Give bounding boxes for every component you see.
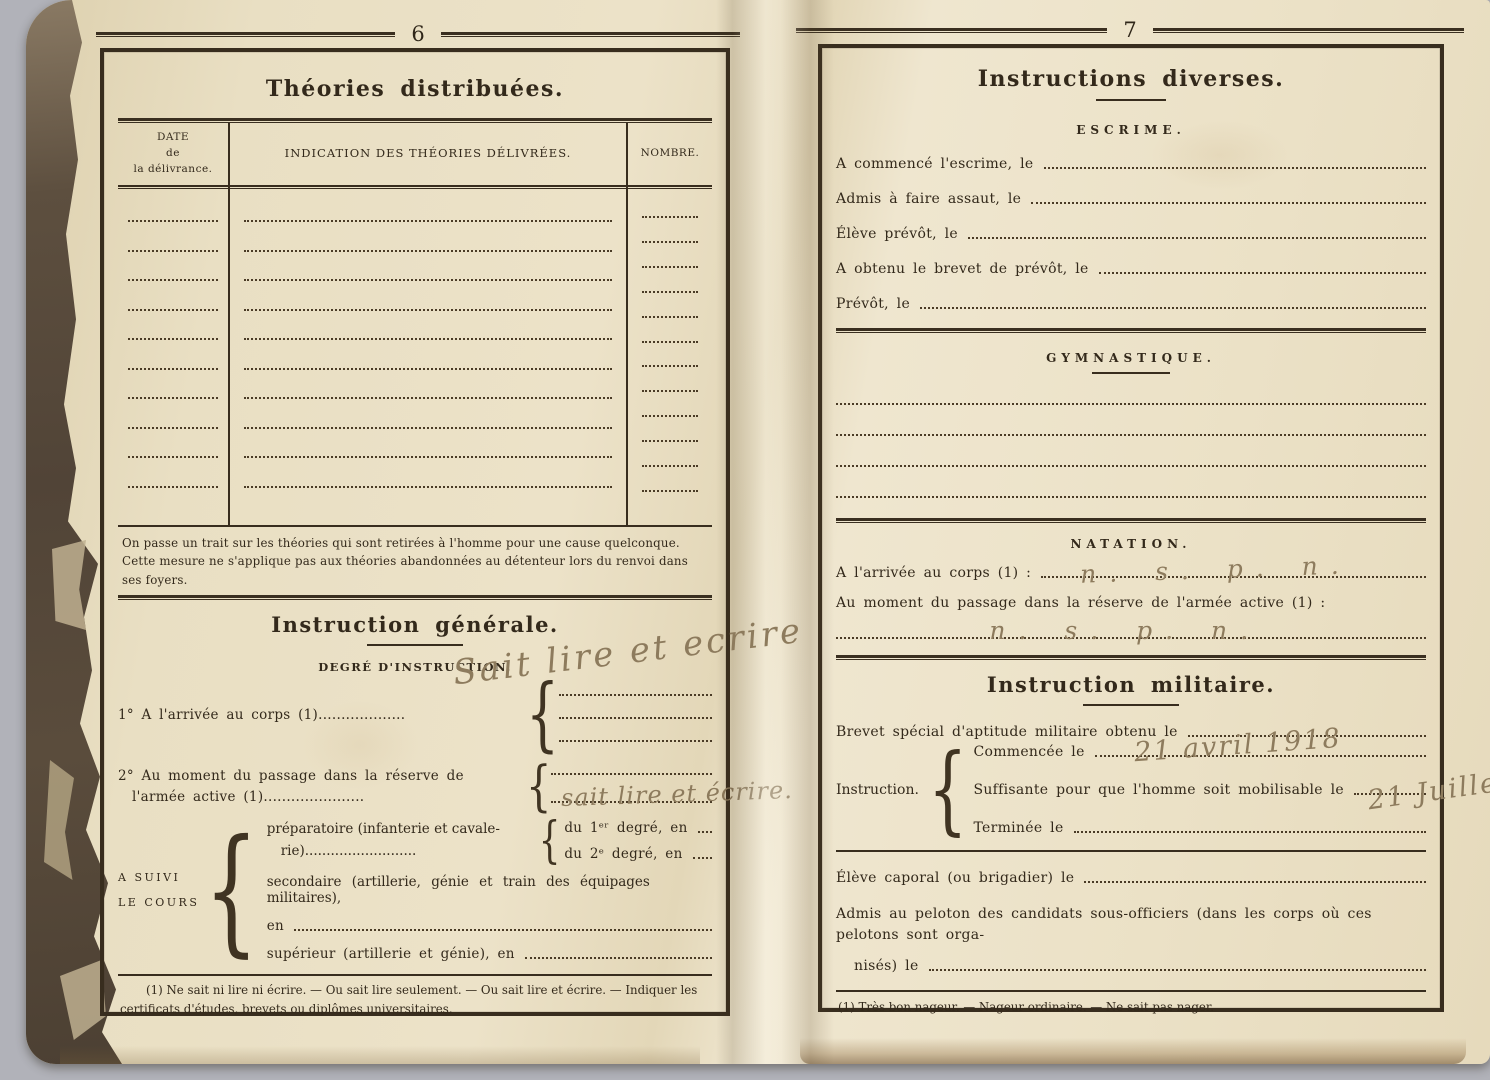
fill-line — [836, 434, 1426, 436]
secondaire-label: secondaire (artillerie, génie et train d… — [267, 874, 712, 906]
secondaire-en-label: en — [267, 918, 284, 934]
fill-line — [693, 857, 712, 859]
preparatoire-line2: rie).......................... — [267, 841, 539, 863]
suffisante-line: Suffisante pour que l'homme soit mobilis… — [973, 782, 1426, 798]
empty-row-line — [244, 486, 612, 488]
table-column-date: DATE de la délivrance. — [118, 123, 230, 525]
title-underline — [367, 644, 463, 646]
left-footnote: (1) Ne sait ni lire ni écrire. — Ou sait… — [120, 981, 710, 1018]
commencee-line: Commencée le 21 avril 1918 — [973, 744, 1426, 760]
arrivee-corps-label: 1° A l'arrivée au corps (1).............… — [118, 707, 526, 723]
empty-row-line — [642, 465, 697, 467]
admis-peloton-label: Admis au peloton des candidats sous-offi… — [836, 904, 1426, 946]
degre2-label: du 2ᵉ degré, en — [564, 846, 682, 862]
degre2-line: du 2ᵉ degré, en — [564, 846, 712, 862]
right-page-content: Instructions diverses. ESCRIME. A commen… — [821, 47, 1441, 1009]
header-rule — [96, 32, 395, 37]
section-rule — [836, 850, 1426, 852]
fill-line — [929, 969, 1426, 971]
empty-row-line — [128, 250, 218, 252]
fill-line — [551, 773, 712, 775]
empty-row-line — [128, 368, 218, 370]
table-body-date — [118, 189, 228, 525]
empty-row-line — [128, 427, 218, 429]
reserve-fill-lines: sait lire et écrire. — [551, 771, 712, 803]
right-page-header: 7 — [796, 18, 1464, 42]
handwriting-nspn-1: n. s. p. n. — [1079, 550, 1352, 588]
fill-line — [1084, 881, 1426, 883]
preparatoire-row: préparatoire (infanterie et cavale- rie)… — [267, 819, 712, 862]
empty-row-line — [642, 216, 697, 218]
fill-line — [525, 957, 712, 959]
fill-line: n. s. p. n. — [836, 637, 1426, 639]
empty-row-line — [244, 427, 612, 429]
empty-row-line — [128, 456, 218, 458]
admis-nises-label: nisés) le — [836, 958, 919, 974]
fill-line — [1188, 735, 1426, 737]
right-footnote: (1) Très bon nageur. — Nageur ordinaire.… — [838, 998, 1424, 1016]
instruction-generale-title: Instruction générale. — [118, 612, 712, 637]
header-rule — [796, 28, 1107, 33]
footnote-line1: (1) Ne sait ni lire ni écrire. — Ou sait… — [120, 981, 710, 999]
empty-row-line — [128, 279, 218, 281]
escrime-line5-label: Prévôt, le — [836, 296, 910, 312]
fill-line — [559, 717, 712, 719]
left-page-number: 6 — [395, 22, 440, 46]
brace-icon — [204, 822, 259, 960]
cours-label: A SUIVI LE COURS — [118, 866, 204, 914]
brace-icon — [526, 675, 559, 756]
left-page-frame: Théories distribuées. DATE de la délivra… — [100, 48, 730, 1016]
eleve-caporal-label: Élève caporal (ou brigadier) le — [836, 870, 1074, 886]
fill-line: n. s. p. n. — [1041, 576, 1426, 578]
right-page-number: 7 — [1107, 18, 1152, 42]
header-text: DATE — [118, 130, 228, 146]
instruction-brace-block: Instruction. Commencée le 21 avril 1918 … — [836, 744, 1426, 836]
superieur-line: supérieur (artillerie et génie), en — [267, 946, 712, 962]
left-page-content: Théories distribuées. DATE de la délivra… — [103, 51, 727, 1013]
admis-peloton-line2: nisés) le — [836, 958, 1426, 974]
secondaire-en-line: en — [267, 918, 712, 934]
natation-heading: NATATION. — [836, 537, 1426, 551]
empty-row-line — [642, 241, 697, 243]
escrime-line4-label: A obtenu le brevet de prévôt, le — [836, 261, 1089, 277]
footnote-line2: certificats d'études, brevets ou diplôme… — [120, 1000, 710, 1018]
column-header-date: DATE de la délivrance. — [118, 123, 228, 185]
section-divider — [118, 595, 712, 600]
arrivee-fill-lines — [559, 688, 712, 742]
empty-row-line — [128, 397, 218, 399]
empty-row-line — [128, 338, 218, 340]
degree-heading: DEGRÉ D'INSTRUCTION. — [118, 660, 712, 674]
empty-row-line — [642, 266, 697, 268]
right-page-title: Instructions diverses. — [836, 66, 1426, 92]
left-page-header: 6 — [96, 22, 740, 46]
escrime-line3-label: Élève prévôt, le — [836, 226, 958, 242]
fill-line — [1044, 167, 1427, 169]
empty-row-line — [642, 415, 697, 417]
empty-row-line — [244, 250, 612, 252]
terminee-line: Terminée le — [973, 820, 1426, 836]
natation-line1: A l'arrivée au corps (1) : n. s. p. n. — [836, 565, 1426, 581]
theories-table: DATE de la délivrance. — [118, 118, 712, 527]
superieur-label: supérieur (artillerie et génie), en — [267, 946, 515, 962]
heading-underline — [1092, 372, 1170, 374]
arrivee-corps-row: 1° A l'arrivée au corps (1).............… — [118, 688, 712, 742]
empty-row-line — [642, 316, 697, 318]
fill-line — [1031, 202, 1426, 204]
reserve-label: 2° Au moment du passage dans la réserve … — [118, 766, 526, 809]
empty-row-line — [642, 341, 697, 343]
escrime-line5: Prévôt, le — [836, 296, 1426, 312]
table-body-indication — [230, 189, 626, 525]
fill-line — [294, 929, 712, 931]
reserve-label-line2: l'armée active (1)...................... — [118, 787, 526, 809]
fill-line: sait lire et écrire. — [551, 801, 712, 803]
cours-label-line2: LE COURS — [118, 891, 204, 915]
note-line: On passe un trait sur les théories qui s… — [122, 534, 708, 552]
empty-row-line — [128, 309, 218, 311]
gymnastique-lines — [836, 403, 1426, 498]
header-text: de — [118, 146, 228, 162]
escrime-line3: Élève prévôt, le — [836, 226, 1426, 242]
table-body-nombre — [628, 189, 712, 525]
left-page-title: Théories distribuées. — [118, 76, 712, 102]
natation-line1-label: A l'arrivée au corps (1) : — [836, 565, 1031, 581]
escrime-line2-label: Admis à faire assaut, le — [836, 191, 1021, 207]
brevet-label: Brevet spécial d'aptitude militaire obte… — [836, 724, 1178, 740]
empty-row-line — [244, 456, 612, 458]
escrime-line1: A commencé l'escrime, le — [836, 156, 1426, 172]
empty-row-line — [642, 291, 697, 293]
empty-row-line — [244, 338, 612, 340]
degre1-label: du 1ᵉʳ degré, en — [564, 820, 687, 836]
fill-line — [698, 831, 712, 833]
brace-icon — [526, 760, 551, 814]
fill-line — [836, 465, 1426, 467]
fill-line — [559, 740, 712, 742]
cours-items: préparatoire (infanterie et cavale- rie)… — [259, 819, 712, 962]
suffisante-label: Suffisante pour que l'homme soit mobilis… — [973, 782, 1344, 798]
header-text: la délivrance. — [118, 162, 228, 178]
commencee-label: Commencée le — [973, 744, 1084, 760]
fill-line — [968, 237, 1426, 239]
handwriting-nspn-2: n. s. p. n. — [989, 616, 1261, 645]
natation-line2-label: Au moment du passage dans la réserve de … — [836, 595, 1426, 611]
eleve-caporal-line: Élève caporal (ou brigadier) le — [836, 870, 1426, 886]
escrime-line1-label: A commencé l'escrime, le — [836, 156, 1034, 172]
escrime-line2: Admis à faire assaut, le — [836, 191, 1426, 207]
empty-row-line — [642, 390, 697, 392]
table-note: On passe un trait sur les théories qui s… — [122, 534, 708, 589]
brace-icon — [539, 816, 561, 865]
reserve-label-line1: 2° Au moment du passage dans la réserve … — [118, 766, 526, 788]
empty-row-line — [244, 220, 612, 222]
empty-row-line — [244, 368, 612, 370]
fill-line — [1099, 272, 1426, 274]
section-divider — [836, 655, 1426, 660]
instruction-rows: Commencée le 21 avril 1918 Suffisante po… — [967, 744, 1426, 836]
title-underline — [1083, 704, 1179, 706]
header-rule — [441, 32, 740, 37]
column-header-nombre: NOMBRE. — [628, 123, 712, 185]
fill-line — [920, 307, 1426, 309]
fill-line — [559, 694, 712, 696]
a-suivi-le-cours-block: A SUIVI LE COURS préparatoire (infanteri… — [118, 819, 712, 962]
section-divider — [836, 328, 1426, 333]
brace-icon — [928, 742, 967, 838]
right-page-frame: Instructions diverses. ESCRIME. A commen… — [818, 44, 1444, 1012]
terminee-label: Terminée le — [973, 820, 1063, 836]
degre-lines: du 1ᵉʳ degré, en du 2ᵉ degré, en — [560, 820, 712, 862]
empty-row-line — [128, 220, 218, 222]
degre1-line: du 1ᵉʳ degré, en — [564, 820, 712, 836]
fill-line: 21 Juillet 19 — [1354, 793, 1426, 795]
footnote-rule — [836, 990, 1426, 992]
escrime-line4: A obtenu le brevet de prévôt, le — [836, 261, 1426, 277]
section-divider — [836, 518, 1426, 523]
empty-row-line — [244, 279, 612, 281]
gymnastique-heading: GYMNASTIQUE. — [836, 351, 1426, 365]
empty-row-line — [642, 365, 697, 367]
title-underline — [1096, 99, 1166, 101]
preparatoire-line1: préparatoire (infanterie et cavale- — [267, 819, 539, 841]
brevet-line: Brevet spécial d'aptitude militaire obte… — [836, 724, 1426, 740]
header-rule — [1153, 28, 1464, 33]
fill-line — [1074, 831, 1426, 833]
empty-row-line — [642, 440, 697, 442]
fill-line — [836, 403, 1426, 405]
empty-row-line — [128, 486, 218, 488]
reserve-row: 2° Au moment du passage dans la réserve … — [118, 766, 712, 809]
instruction-militaire-title: Instruction militaire. — [836, 672, 1426, 697]
empty-row-line — [642, 490, 697, 492]
fill-line: 21 avril 1918 — [1095, 755, 1426, 757]
note-line: Cette mesure ne s'applique pas aux théor… — [122, 552, 708, 589]
fill-line — [836, 496, 1426, 498]
escrime-heading: ESCRIME. — [836, 123, 1426, 137]
footnote-rule — [118, 974, 712, 976]
table-column-nombre: NOMBRE. — [628, 123, 712, 525]
preparatoire-label: préparatoire (infanterie et cavale- rie)… — [267, 819, 539, 862]
column-header-indication: INDICATION DES THÉORIES DÉLIVRÉES. — [230, 123, 626, 185]
instruction-label: Instruction. — [836, 782, 928, 798]
cours-label-line1: A SUIVI — [118, 866, 204, 890]
empty-row-line — [244, 309, 612, 311]
empty-row-line — [244, 397, 612, 399]
table-column-indication: INDICATION DES THÉORIES DÉLIVRÉES. — [230, 123, 628, 525]
